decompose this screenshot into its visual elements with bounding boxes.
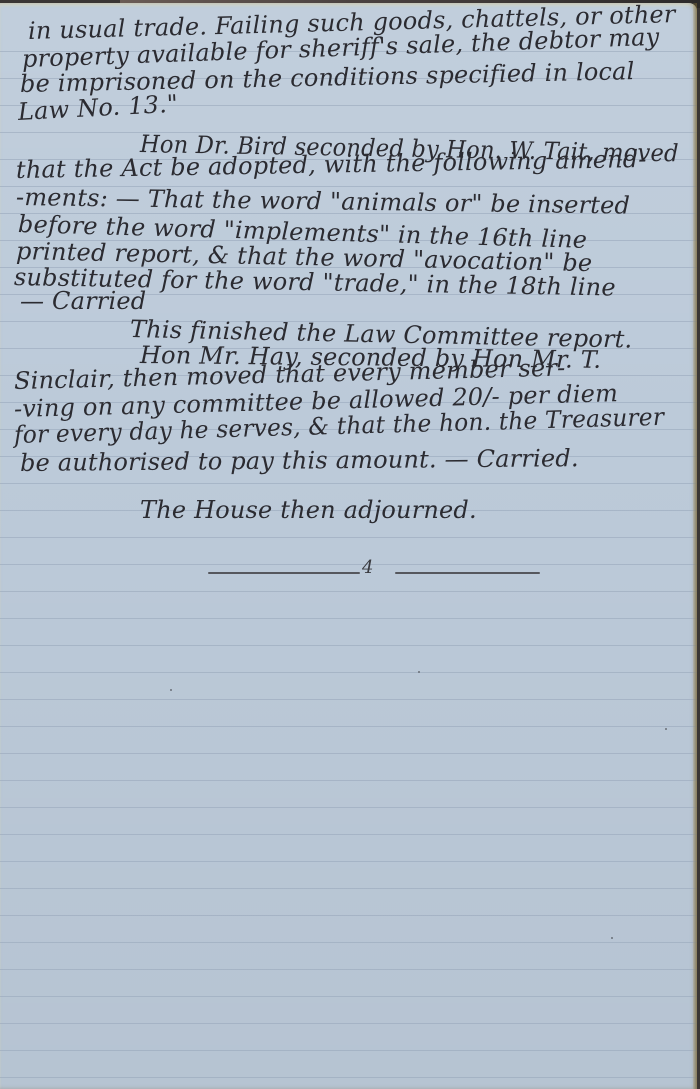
text-line-11: — Carried xyxy=(20,287,146,315)
paper-speck xyxy=(665,728,667,730)
closing-mark: 4 xyxy=(362,557,373,578)
paper-speck xyxy=(611,937,613,939)
paper-speck xyxy=(418,671,420,673)
closing-rule-right xyxy=(395,572,540,574)
closing-line: The House then adjourned. xyxy=(140,496,477,524)
closing-rule-left xyxy=(208,572,360,574)
text-line-17: be authorised to pay this amount. — Carr… xyxy=(20,444,579,477)
paper-speck xyxy=(170,689,172,691)
ledger-page: in usual trade. Failing such goods, chat… xyxy=(0,3,697,1089)
